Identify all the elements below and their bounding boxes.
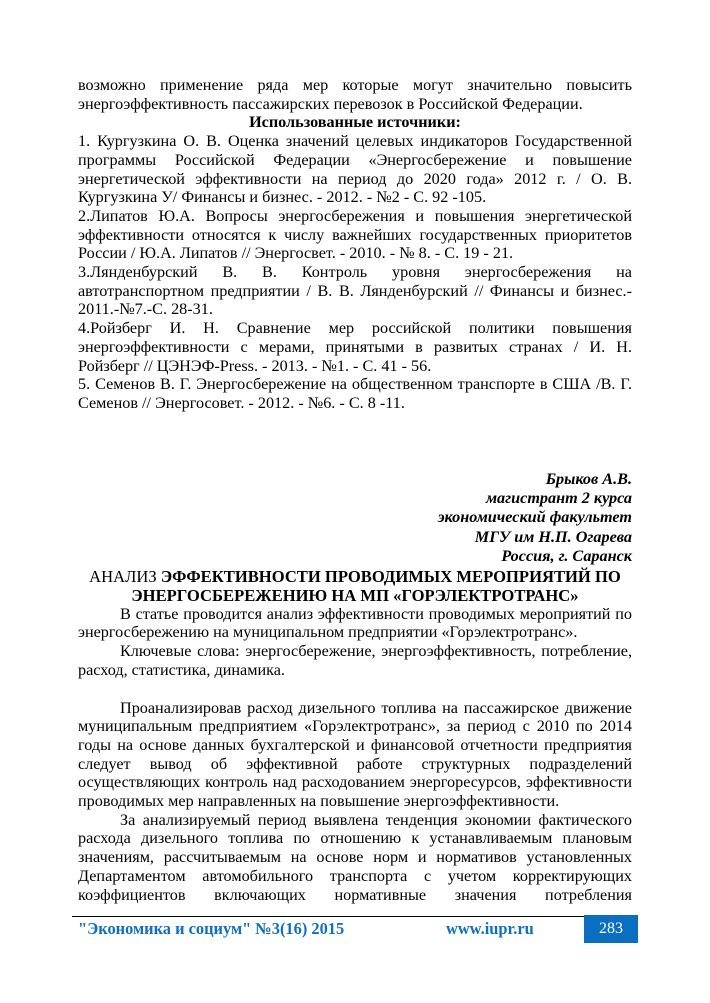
body-paragraph: Проанализировав расход дизельного топлив… [78,699,632,811]
reference-item: 1. Кургузкина О. В. Оценка значений целе… [78,132,632,207]
page-content: возможно применение ряда мер которые мог… [78,76,632,904]
article-keywords: Ключевые слова: энергосбережение, энерго… [78,642,632,679]
reference-item: 3.Лянденбурский В. В. Контроль уровня эн… [78,263,632,319]
references-heading: Использованные источники: [78,113,632,132]
reference-item: 5. Семенов В. Г. Энергосбережение на общ… [78,375,632,412]
references-list: 1. Кургузкина О. В. Оценка значений целе… [78,132,632,413]
footer-website-link[interactable]: www.iupr.ru [446,919,534,939]
author-block: Брыков А.В. магистрант 2 курса экономиче… [78,470,632,567]
article-title-prefix: АНАЛИЗ [89,567,161,586]
reference-item: 4.Ройзберг И. Н. Сравнение мер российско… [78,319,632,375]
reference-item: 2.Липатов Ю.А. Вопросы энергосбережения … [78,207,632,263]
author-position: магистрант 2 курса [78,489,632,508]
footer-journal-title: "Экономика и социум" №3(16) 2015 [78,919,344,939]
body-paragraph: За анализируемый период выявлена тенденц… [78,811,632,905]
article-title: АНАЛИЗ ЭФФЕКТИВНОСТИ ПРОВОДИМЫХ МЕРОПРИЯ… [78,567,632,605]
article-title-main: ЭФФЕКТИВНОСТИ ПРОВОДИМЫХ МЕРОПРИЯТИЙ ПО … [131,567,620,605]
author-university: МГУ им Н.П. Огарева [78,528,632,547]
page-number-badge: 283 [584,915,638,943]
author-faculty: экономический факультет [78,508,632,527]
footer-divider [72,916,585,917]
author-name: Брыков А.В. [78,470,632,489]
article-abstract: В статье проводится анализ эффективности… [78,605,632,642]
intro-paragraph: возможно применение ряда мер которые мог… [78,76,632,113]
author-location: Россия, г. Саранск [78,547,632,566]
